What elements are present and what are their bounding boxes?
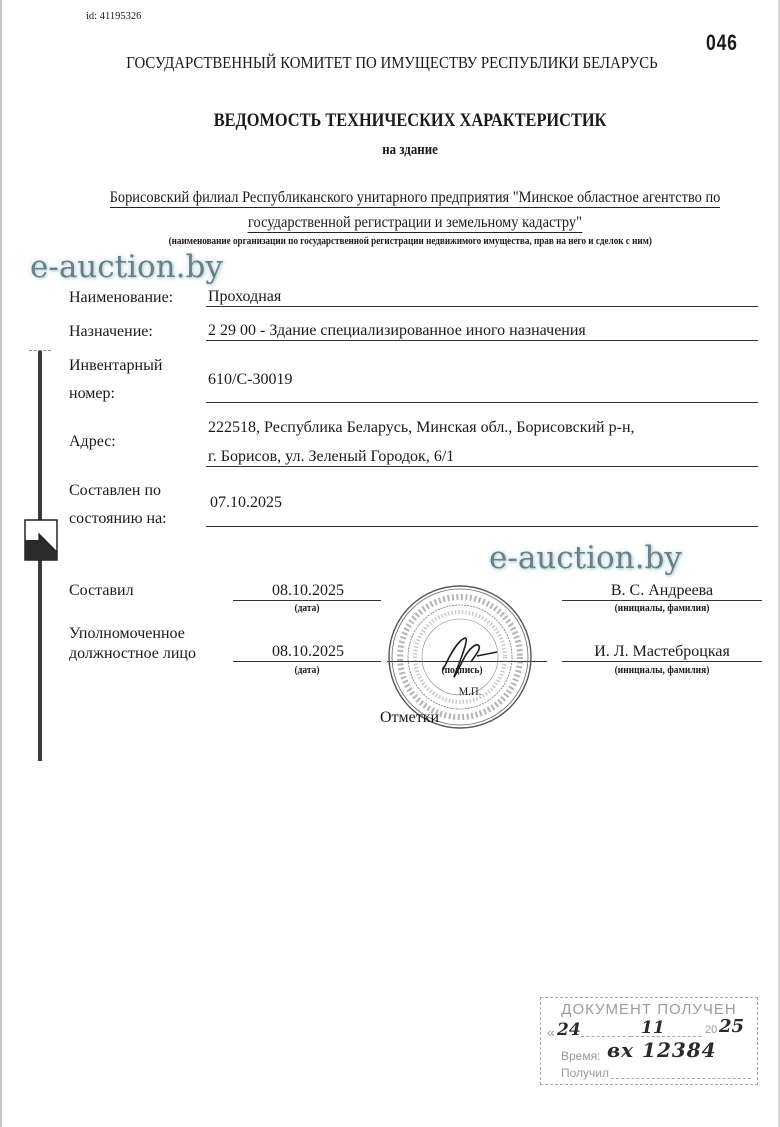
compiled-name-caption: (инициалы, фамилия) [572,603,752,614]
received-reg-number: вх 12384 [607,1038,717,1062]
received-by-label: Получил [561,1066,609,1080]
received-by-line [611,1078,751,1079]
official-date: 08.10.2025 [234,643,382,661]
organization-line-1: Борисовский филиал Республиканского унит… [94,189,736,207]
document-title: ВЕДОМОСТЬ ТЕХНИЧЕСКИХ ХАРАКТЕРИСТИК [57,110,764,132]
as-of-label-line-2: состоянию на: [69,507,167,531]
inventory-label-line-2: номер: [69,382,115,406]
purpose-value: 2 29 00 - Здание специализированное иног… [208,322,586,340]
organization-caption: (наименование организации по государстве… [53,236,768,247]
official-date-underline [233,661,381,662]
purpose-underline [206,340,758,341]
document-subtitle: на здание [57,142,764,159]
received-stamp: ДОКУМЕНТ ПОЛУЧЕН « 24 11 20 25 Время: вх… [540,997,758,1085]
inventory-label-line-1: Инвентарный [69,354,162,378]
address-label: Адрес: [69,430,116,454]
as-of-underline [206,526,758,527]
purpose-label: Назначение: [69,320,153,344]
official-name: И. Л. Мастеброцкая [562,643,762,661]
received-quote-open: « [547,1024,555,1040]
compiled-date: 08.10.2025 [234,582,382,600]
received-day: 24 [557,1020,581,1040]
name-label: Наименование: [69,286,173,310]
compiled-date-underline [233,600,381,601]
compiled-label: Составил [69,579,134,603]
month-line [631,1036,701,1037]
received-time-label: Время: [561,1049,600,1063]
seal-caption: М.П. [452,684,488,699]
document-id: id: 41195326 [86,11,141,22]
address-underline [206,466,758,467]
name-underline [206,306,758,307]
binding-arrow-icon [24,519,58,561]
official-date-caption: (дата) [240,665,373,676]
day-line [581,1036,631,1037]
organization-line-2: государственной регистрации и земельному… [94,214,736,232]
compiled-name-underline [562,600,762,601]
notes-heading: Отметки [380,709,439,727]
received-year-prefix: 20 [705,1024,717,1036]
compiled-name: В. С. Андреева [562,582,762,600]
compiled-date-caption: (дата) [240,603,373,614]
official-name-underline [562,661,762,662]
address-value-line-1: 222518, Республика Беларусь, Минская обл… [208,419,635,437]
official-label-line-2: должностное лицо [69,642,196,666]
as-of-value: 07.10.2025 [210,494,282,512]
official-name-caption: (инициалы, фамилия) [572,665,752,676]
watermark: e-auction.by [30,249,223,285]
received-month: 11 [641,1018,665,1038]
address-value-line-2: г. Борисов, ул. Зеленый Городок, 6/1 [208,448,454,466]
received-year: 25 [719,1016,744,1037]
inventory-underline [206,402,758,403]
committee-name: ГОСУДАРСТВЕННЫЙ КОМИТЕТ ПО ИМУЩЕСТВУ РЕС… [41,53,743,73]
inventory-value: 610/С-30019 [208,371,292,389]
watermark: e-auction.by [489,540,682,576]
as-of-label-line-1: Составлен по [69,479,161,503]
name-value: Проходная [208,288,281,306]
